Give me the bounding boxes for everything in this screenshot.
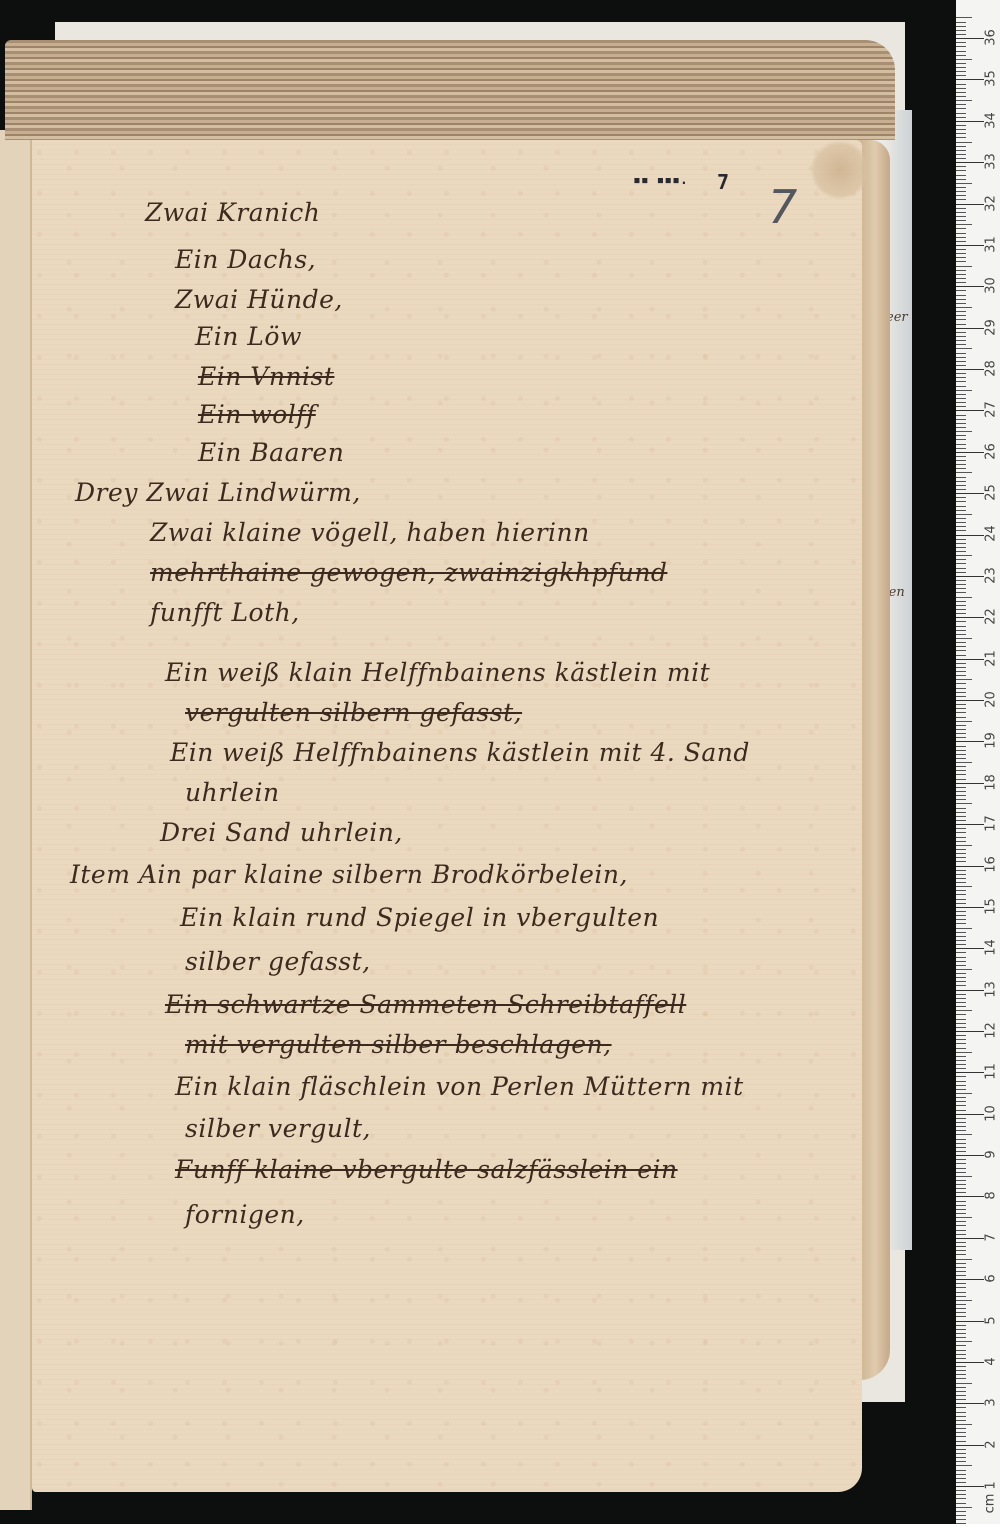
ruler-tick bbox=[956, 431, 972, 432]
ruler-tick bbox=[956, 712, 966, 713]
ruler-tick bbox=[956, 423, 966, 424]
ruler-tick bbox=[956, 650, 966, 651]
ruler-tick bbox=[956, 46, 966, 47]
ruler-tick bbox=[956, 774, 966, 775]
manuscript-line: funfft Loth, bbox=[150, 598, 300, 627]
ruler-tick bbox=[956, 1163, 966, 1164]
ruler-tick bbox=[956, 34, 966, 35]
manuscript-line: silber vergult, bbox=[185, 1114, 371, 1143]
ruler-tick bbox=[956, 1490, 966, 1491]
ruler-tick bbox=[956, 1188, 966, 1189]
ruler-tick bbox=[956, 634, 966, 635]
ruler-tick bbox=[956, 907, 984, 908]
manuscript-line: Ein klain fläschlein von Perlen Müttern … bbox=[175, 1072, 744, 1101]
ruler-label: 5 bbox=[984, 1311, 999, 1329]
ruler-tick bbox=[956, 812, 966, 813]
ruler-tick bbox=[956, 1420, 966, 1421]
ruler-tick bbox=[956, 129, 966, 130]
ruler-tick bbox=[956, 406, 966, 407]
ruler-label: 8 bbox=[984, 1187, 999, 1205]
ruler-tick bbox=[956, 737, 966, 738]
ruler-label: 27 bbox=[984, 401, 999, 419]
ruler-tick bbox=[956, 319, 966, 320]
ruler-tick bbox=[956, 286, 984, 287]
ruler-tick bbox=[956, 427, 966, 428]
ruler-tick bbox=[956, 1196, 984, 1197]
ruler-label: 19 bbox=[984, 732, 999, 750]
ruler-tick bbox=[956, 1436, 966, 1437]
ruler-tick bbox=[956, 472, 972, 473]
ruler-tick bbox=[956, 1039, 966, 1040]
ruler-tick bbox=[956, 903, 966, 904]
ruler-tick bbox=[956, 108, 966, 109]
ruler-tick bbox=[956, 1205, 966, 1206]
ruler-tick bbox=[956, 315, 966, 316]
ruler-tick bbox=[956, 1159, 966, 1160]
ruler-tick bbox=[956, 1052, 972, 1053]
ruler-label: 9 bbox=[984, 1146, 999, 1164]
ruler-tick bbox=[956, 146, 966, 147]
ruler-tick bbox=[956, 1399, 966, 1400]
ruler-tick bbox=[956, 228, 966, 229]
ruler-label: 15 bbox=[984, 897, 999, 915]
ruler-label: 18 bbox=[984, 773, 999, 791]
ruler-tick bbox=[956, 1316, 966, 1317]
ruler-tick bbox=[956, 1465, 972, 1466]
facing-page-edge bbox=[0, 130, 32, 1510]
ruler-tick bbox=[956, 224, 972, 225]
ruler-tick bbox=[956, 278, 966, 279]
ruler-tick bbox=[956, 688, 966, 689]
ruler-tick bbox=[956, 783, 984, 784]
ruler-tick bbox=[956, 415, 966, 416]
ruler-tick bbox=[956, 638, 972, 639]
ruler-tick bbox=[956, 1076, 966, 1077]
ruler-label: 7 bbox=[984, 1228, 999, 1246]
ruler-tick bbox=[956, 191, 966, 192]
ruler-tick bbox=[956, 373, 966, 374]
ruler-tick bbox=[956, 166, 966, 167]
ruler-tick bbox=[956, 990, 984, 991]
ruler-tick bbox=[956, 828, 966, 829]
ruler-tick bbox=[956, 957, 966, 958]
ruler-tick bbox=[956, 1201, 966, 1202]
ruler-label: 1 bbox=[984, 1477, 999, 1495]
ruler-tick bbox=[956, 824, 984, 825]
manuscript-line: Drei Sand uhrlein, bbox=[160, 818, 403, 847]
ruler-tick bbox=[956, 1292, 966, 1293]
ruler-tick bbox=[956, 944, 966, 945]
ruler-tick bbox=[956, 1358, 966, 1359]
ruler-tick bbox=[956, 1494, 966, 1495]
manuscript-line: Ein weiß Helffnbainens kästlein mit 4. S… bbox=[170, 738, 750, 767]
ruler-label: 33 bbox=[984, 153, 999, 171]
ruler-tick bbox=[956, 1114, 984, 1115]
ruler-tick bbox=[956, 1064, 966, 1065]
ruler-label: 35 bbox=[984, 70, 999, 88]
ruler-tick bbox=[956, 1304, 966, 1305]
ruler-tick bbox=[956, 1341, 972, 1342]
ruler-tick bbox=[956, 779, 966, 780]
ruler-tick bbox=[956, 886, 972, 887]
ruler-tick bbox=[956, 386, 966, 387]
manuscript-line: Funff klaine vbergulte salzfässlein ein bbox=[175, 1155, 678, 1184]
ruler-tick bbox=[956, 940, 966, 941]
ruler-tick bbox=[956, 1143, 966, 1144]
ruler-tick bbox=[956, 410, 984, 411]
ruler-label: 36 bbox=[984, 29, 999, 47]
ruler-tick bbox=[956, 340, 966, 341]
ruler-tick bbox=[956, 1089, 966, 1090]
manuscript-line: Ein schwartze Sammeten Schreibtaffell bbox=[165, 990, 686, 1019]
ruler-label: 25 bbox=[984, 484, 999, 502]
ruler-tick bbox=[956, 559, 966, 560]
ruler-tick bbox=[956, 928, 972, 929]
ruler-tick bbox=[956, 1155, 984, 1156]
ruler-tick bbox=[956, 468, 966, 469]
ruler-tick bbox=[956, 249, 966, 250]
ruler-tick bbox=[956, 758, 966, 759]
ruler-tick bbox=[956, 390, 972, 391]
ruler-tick bbox=[956, 381, 966, 382]
ruler-tick bbox=[956, 584, 966, 585]
ruler-tick bbox=[956, 882, 966, 883]
ruler-tick bbox=[956, 522, 966, 523]
ruler-tick bbox=[956, 84, 966, 85]
ruler-label: 29 bbox=[984, 318, 999, 336]
ruler-tick bbox=[956, 117, 966, 118]
ruler-tick bbox=[956, 535, 984, 536]
ruler-tick bbox=[956, 59, 972, 60]
ruler-tick bbox=[956, 890, 966, 891]
ruler-tick bbox=[956, 1498, 966, 1499]
ruler-tick bbox=[956, 911, 966, 912]
ruler-tick bbox=[956, 1366, 966, 1367]
ruler-tick bbox=[956, 481, 966, 482]
ruler-tick bbox=[956, 1279, 984, 1280]
ruler-tick bbox=[956, 274, 966, 275]
ruler-label: 26 bbox=[984, 442, 999, 460]
ruler-tick bbox=[956, 1023, 966, 1024]
ruler-tick bbox=[956, 208, 966, 209]
ruler-tick bbox=[956, 1122, 966, 1123]
ruler-tick bbox=[956, 1383, 972, 1384]
ruler-tick bbox=[956, 725, 966, 726]
ruler-tick bbox=[956, 1470, 966, 1471]
ruler-tick bbox=[956, 261, 966, 262]
ruler-tick bbox=[956, 212, 966, 213]
ruler-tick bbox=[956, 1105, 966, 1106]
ruler-tick bbox=[956, 1048, 966, 1049]
ruler-tick bbox=[956, 183, 972, 184]
ruler-tick bbox=[956, 1391, 966, 1392]
ruler-tick bbox=[956, 237, 966, 238]
ruler-tick bbox=[956, 510, 966, 511]
ruler-tick bbox=[956, 659, 984, 660]
ruler-tick bbox=[956, 1031, 984, 1032]
ruler-tick bbox=[956, 71, 966, 72]
ruler-tick bbox=[956, 1478, 966, 1479]
ruler-tick bbox=[956, 266, 972, 267]
ruler-tick bbox=[956, 1412, 966, 1413]
ruler-tick bbox=[956, 435, 966, 436]
ruler-tick bbox=[956, 477, 966, 478]
ruler-tick bbox=[956, 245, 984, 246]
ruler-tick bbox=[956, 592, 966, 593]
ruler-tick bbox=[956, 692, 966, 693]
ruler-tick bbox=[956, 572, 966, 573]
ruler-tick bbox=[956, 762, 972, 763]
ruler-tick bbox=[956, 791, 966, 792]
ruler-tick bbox=[956, 75, 966, 76]
ruler-tick bbox=[956, 766, 966, 767]
ruler-label: 21 bbox=[984, 649, 999, 667]
ruler-tick bbox=[956, 671, 966, 672]
ruler-tick bbox=[956, 311, 966, 312]
manuscript-line: Drey Zwai Lindwürm, bbox=[75, 478, 361, 507]
ruler-tick bbox=[956, 1378, 966, 1379]
ruler-tick bbox=[956, 1180, 966, 1181]
ruler-tick bbox=[956, 1515, 966, 1516]
manuscript-line: vergulten silbern gefasst, bbox=[185, 698, 522, 727]
ruler-tick bbox=[956, 861, 966, 862]
ruler-tick bbox=[956, 92, 966, 93]
ruler-tick bbox=[956, 1271, 966, 1272]
ruler-tick bbox=[956, 721, 972, 722]
ruler-tick bbox=[956, 601, 966, 602]
ruler-tick bbox=[956, 133, 966, 134]
ruler-tick bbox=[956, 1081, 966, 1082]
manuscript-line: mit vergulten silber beschlagen, bbox=[185, 1030, 612, 1059]
ruler-tick bbox=[956, 30, 966, 31]
ruler-tick bbox=[956, 1014, 966, 1015]
ruler-tick bbox=[956, 1374, 966, 1375]
ruler-tick bbox=[956, 675, 966, 676]
ruler-tick bbox=[956, 187, 966, 188]
ruler-tick bbox=[956, 597, 972, 598]
ruler-tick bbox=[956, 1474, 966, 1475]
ruler-tick bbox=[956, 1345, 966, 1346]
ruler-tick bbox=[956, 795, 966, 796]
ruler-tick bbox=[956, 67, 966, 68]
ruler-tick bbox=[956, 216, 966, 217]
ruler-label: 32 bbox=[984, 194, 999, 212]
ruler-tick bbox=[956, 199, 966, 200]
ruler-tick bbox=[956, 894, 966, 895]
ruler-tick bbox=[956, 1461, 966, 1462]
ruler-tick bbox=[956, 555, 972, 556]
ruler-tick bbox=[956, 324, 966, 325]
ruler-tick bbox=[956, 1217, 972, 1218]
ruler-tick bbox=[956, 1060, 966, 1061]
ruler-tick bbox=[956, 741, 984, 742]
ruler-tick bbox=[956, 493, 984, 494]
ruler-tick bbox=[956, 613, 966, 614]
ruler-tick bbox=[956, 394, 966, 395]
ruler-tick bbox=[956, 952, 966, 953]
ruler-tick bbox=[956, 158, 966, 159]
ruler-tick bbox=[956, 253, 966, 254]
ruler-tick bbox=[956, 700, 984, 701]
ruler-tick bbox=[956, 832, 966, 833]
ruler-label: 12 bbox=[984, 1021, 999, 1039]
ruler-tick bbox=[956, 1097, 966, 1098]
ruler-tick bbox=[956, 981, 966, 982]
ruler-tick bbox=[956, 137, 966, 138]
ruler-tick bbox=[956, 539, 966, 540]
ruler-tick bbox=[956, 1329, 966, 1330]
ruler-tick bbox=[956, 1416, 966, 1417]
ruler-tick bbox=[956, 1370, 966, 1371]
ruler-tick bbox=[956, 605, 966, 606]
ruler-tick bbox=[956, 282, 966, 283]
ruler-tick bbox=[956, 837, 966, 838]
ruler-tick bbox=[956, 506, 966, 507]
ruler-tick bbox=[956, 1242, 966, 1243]
ruler-tick bbox=[956, 1321, 984, 1322]
ruler-tick bbox=[956, 377, 966, 378]
ruler-tick bbox=[956, 1006, 966, 1007]
ruler-tick bbox=[956, 803, 972, 804]
ruler-label: 10 bbox=[984, 1104, 999, 1122]
ruler-tick bbox=[956, 1230, 966, 1231]
ruler-tick bbox=[956, 1325, 966, 1326]
ruler-tick bbox=[956, 1432, 966, 1433]
ruler-tick bbox=[956, 489, 966, 490]
ruler-tick bbox=[956, 1209, 966, 1210]
ruler-tick bbox=[956, 42, 966, 43]
ruler-tick bbox=[956, 303, 966, 304]
ruler-tick bbox=[956, 501, 966, 502]
ruler-tick bbox=[956, 961, 966, 962]
ruler-tick bbox=[956, 866, 984, 867]
ruler-tick bbox=[956, 195, 966, 196]
ruler-tick bbox=[956, 1246, 966, 1247]
ruler-tick bbox=[956, 1449, 966, 1450]
manuscript-line: Zwai klaine vögell, haben hierinn bbox=[150, 518, 590, 547]
ruler-tick bbox=[956, 328, 984, 329]
ruler-tick bbox=[956, 820, 966, 821]
ruler-tick bbox=[956, 667, 966, 668]
ruler-label: 30 bbox=[984, 277, 999, 295]
ruler-tick bbox=[956, 1275, 966, 1276]
manuscript-line: Ein Löw bbox=[195, 322, 302, 351]
ruler-tick bbox=[956, 948, 984, 949]
ruler-tick bbox=[956, 919, 966, 920]
manuscript-page bbox=[32, 140, 862, 1492]
ruler-tick bbox=[956, 746, 966, 747]
ruler-tick bbox=[956, 799, 966, 800]
ruler-tick bbox=[956, 1068, 966, 1069]
ruler-tick bbox=[956, 588, 966, 589]
ruler-tick bbox=[956, 1027, 966, 1028]
ruler-tick bbox=[956, 1130, 966, 1131]
ruler-tick bbox=[956, 125, 966, 126]
ruler-tick bbox=[956, 663, 966, 664]
book-top-edge bbox=[5, 40, 895, 140]
ruler-label: 17 bbox=[984, 815, 999, 833]
ruler-tick bbox=[956, 1134, 972, 1135]
pencil-folio-number: 7 bbox=[768, 180, 797, 234]
ruler-tick bbox=[956, 448, 966, 449]
ruler-tick bbox=[956, 998, 966, 999]
manuscript-line: Zwai Hünde, bbox=[175, 285, 343, 314]
ruler-tick bbox=[956, 642, 966, 643]
ruler-tick bbox=[956, 17, 972, 18]
ruler-tick bbox=[956, 849, 966, 850]
ruler-tick bbox=[956, 332, 966, 333]
ruler-tick bbox=[956, 1192, 966, 1193]
ruler-tick bbox=[956, 580, 966, 581]
ruler-tick bbox=[956, 1296, 966, 1297]
ruler-tick bbox=[956, 1482, 966, 1483]
manuscript-line: Ein weiß klain Helffnbainens kästlein mi… bbox=[165, 658, 710, 687]
ruler-tick bbox=[956, 1428, 966, 1429]
ruler-tick bbox=[956, 626, 966, 627]
water-stain bbox=[810, 140, 870, 200]
ruler-tick bbox=[956, 1184, 966, 1185]
ruler-tick bbox=[956, 1176, 972, 1177]
manuscript-line: Item Ain par klaine silbern Brodkörbelei… bbox=[70, 860, 628, 889]
ruler-tick bbox=[956, 1453, 966, 1454]
ruler-tick bbox=[956, 683, 966, 684]
ruler-tick bbox=[956, 295, 966, 296]
manuscript-line: fornigen, bbox=[185, 1200, 305, 1229]
ruler-tick bbox=[956, 899, 966, 900]
ruler-tick bbox=[956, 402, 966, 403]
ruler-label: 4 bbox=[984, 1352, 999, 1370]
ruler-tick bbox=[956, 419, 966, 420]
ruler-tick bbox=[956, 204, 984, 205]
manuscript-line: Ein klain rund Spiegel in vbergulten bbox=[180, 903, 659, 932]
ruler-tick bbox=[956, 369, 984, 370]
ruler-label: 34 bbox=[984, 111, 999, 129]
ruler-tick bbox=[956, 51, 966, 52]
ruler-tick bbox=[956, 1101, 966, 1102]
ruler-tick bbox=[956, 915, 966, 916]
ruler-tick bbox=[956, 1147, 966, 1148]
ruler-label: 23 bbox=[984, 566, 999, 584]
ruler-tick bbox=[956, 1085, 966, 1086]
ruler-tick bbox=[956, 679, 972, 680]
ruler-tick bbox=[956, 994, 966, 995]
ruler-tick bbox=[956, 344, 966, 345]
ruler-tick bbox=[956, 361, 966, 362]
ruler-tick bbox=[956, 353, 966, 354]
ruler-tick bbox=[956, 563, 966, 564]
ruler-tick bbox=[956, 1254, 966, 1255]
ruler-tick bbox=[956, 439, 966, 440]
ruler-tick bbox=[956, 348, 972, 349]
ruler-tick bbox=[956, 717, 966, 718]
ruler-tick bbox=[956, 655, 966, 656]
manuscript-line: Ein Vnnist bbox=[198, 362, 334, 391]
ruler-label: 3 bbox=[984, 1394, 999, 1412]
manuscript-line: uhrlein bbox=[185, 778, 280, 807]
ruler-tick bbox=[956, 1395, 966, 1396]
ruler-tick bbox=[956, 121, 984, 122]
ruler-tick bbox=[956, 547, 966, 548]
ruler-tick bbox=[956, 142, 972, 143]
ruler-tick bbox=[956, 1221, 966, 1222]
ruler-tick bbox=[956, 870, 966, 871]
ruler-tick bbox=[956, 233, 966, 234]
ruler-label: 13 bbox=[984, 980, 999, 998]
ruler-tick bbox=[956, 63, 966, 64]
ruler-tick bbox=[956, 1387, 966, 1388]
ruler-tick bbox=[956, 857, 966, 858]
manuscript-line: silber gefasst, bbox=[185, 947, 371, 976]
